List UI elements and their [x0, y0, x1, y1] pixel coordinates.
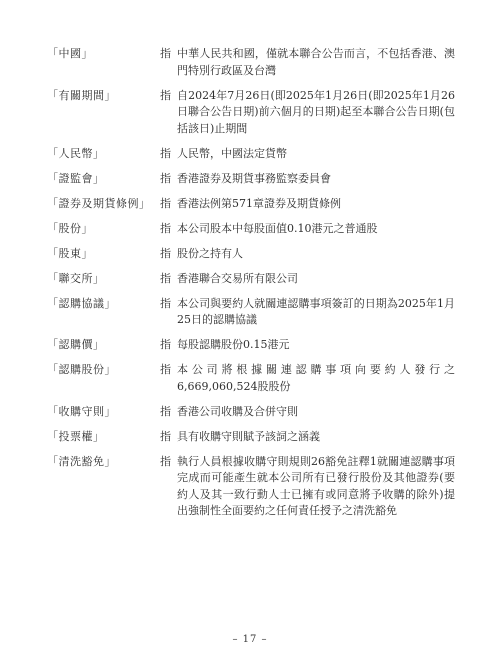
page-number: – 17 –: [0, 634, 500, 645]
definition-text: 本公司股本中每股面值0.10港元之普通股: [177, 221, 455, 238]
zhi-label: 指: [160, 146, 177, 163]
definition-term: 「股東」: [47, 246, 160, 263]
zhi-label: 指: [160, 46, 177, 63]
zhi-label: 指: [160, 404, 177, 421]
zhi-label: 指: [160, 88, 177, 105]
definition-text: 人民幣，中國法定貨幣: [177, 146, 455, 163]
zhi-label: 指: [160, 362, 177, 379]
zhi-label: 指: [160, 296, 177, 313]
definition-term: 「清洗豁免」: [47, 454, 160, 471]
definition-text: 執行人員根據收購守則規則26豁免註釋1就關連認購事項完成而可能產生就本公司所有已…: [177, 454, 455, 520]
definition-row: 「聯交所」指香港聯合交易所有限公司: [47, 271, 455, 288]
definition-text: 自2024年7月26日(即2025年1月26日(即2025年1月26日聯合公告日…: [177, 88, 455, 138]
document-page: 「中國」指中華人民共和國，僅就本聯合公告而言，不包括香港、澳門特別行政區及台灣「…: [0, 0, 500, 667]
definition-row: 「股東」指股份之持有人: [47, 246, 455, 263]
definition-text: 香港法例第571章證券及期貨條例: [177, 196, 455, 213]
zhi-label: 指: [160, 246, 177, 263]
definition-term: 「證監會」: [47, 171, 160, 188]
definition-term: 「證券及期貨條例」: [47, 196, 160, 213]
definition-term: 「聯交所」: [47, 271, 160, 288]
definition-text: 香港公司收購及合併守則: [177, 404, 455, 421]
definition-text: 股份之持有人: [177, 246, 455, 263]
definition-row: 「人民幣」指人民幣，中國法定貨幣: [47, 146, 455, 163]
definition-row: 「認購協議」指本公司與要約人就關連認購事項簽訂的日期為2025年1月25日的認購…: [47, 296, 455, 329]
definition-term: 「收購守則」: [47, 404, 160, 421]
zhi-label: 指: [160, 196, 177, 213]
definition-text: 每股認購股份0.15港元: [177, 337, 455, 354]
definition-row: 「收購守則」指香港公司收購及合併守則: [47, 404, 455, 421]
definition-term: 「認購價」: [47, 337, 160, 354]
definition-term: 「中國」: [47, 46, 160, 63]
definition-term: 「認購股份」: [47, 362, 160, 379]
definition-term: 「投票權」: [47, 429, 160, 446]
zhi-label: 指: [160, 171, 177, 188]
definition-term: 「有關期間」: [47, 88, 160, 105]
zhi-label: 指: [160, 454, 177, 471]
definition-row: 「證券及期貨條例」指香港法例第571章證券及期貨條例: [47, 196, 455, 213]
zhi-label: 指: [160, 337, 177, 354]
definition-row: 「股份」指本公司股本中每股面值0.10港元之普通股: [47, 221, 455, 238]
definition-text: 中華人民共和國，僅就本聯合公告而言，不包括香港、澳門特別行政區及台灣: [177, 46, 455, 79]
definitions-list: 「中國」指中華人民共和國，僅就本聯合公告而言，不包括香港、澳門特別行政區及台灣「…: [47, 46, 455, 528]
definition-row: 「認購股份」指本公司將根據關連認購事項向要約人發行之6,669,060,524股…: [47, 362, 455, 395]
definition-text: 香港證券及期貨事務監察委員會: [177, 171, 455, 188]
definition-term: 「認購協議」: [47, 296, 160, 313]
definition-row: 「中國」指中華人民共和國，僅就本聯合公告而言，不包括香港、澳門特別行政區及台灣: [47, 46, 455, 79]
definition-row: 「認購價」指每股認購股份0.15港元: [47, 337, 455, 354]
definition-text: 具有收購守則賦予該詞之涵義: [177, 429, 455, 446]
definition-term: 「股份」: [47, 221, 160, 238]
zhi-label: 指: [160, 429, 177, 446]
definition-row: 「有關期間」指自2024年7月26日(即2025年1月26日(即2025年1月2…: [47, 88, 455, 138]
definition-row: 「證監會」指香港證券及期貨事務監察委員會: [47, 171, 455, 188]
definition-row: 「清洗豁免」指執行人員根據收購守則規則26豁免註釋1就關連認購事項完成而可能產生…: [47, 454, 455, 520]
definition-term: 「人民幣」: [47, 146, 160, 163]
zhi-label: 指: [160, 271, 177, 288]
definition-text: 本公司與要約人就關連認購事項簽訂的日期為2025年1月25日的認購協議: [177, 296, 455, 329]
definition-text: 本公司將根據關連認購事項向要約人發行之6,669,060,524股股份: [177, 362, 455, 395]
definition-text: 香港聯合交易所有限公司: [177, 271, 455, 288]
definition-row: 「投票權」指具有收購守則賦予該詞之涵義: [47, 429, 455, 446]
zhi-label: 指: [160, 221, 177, 238]
